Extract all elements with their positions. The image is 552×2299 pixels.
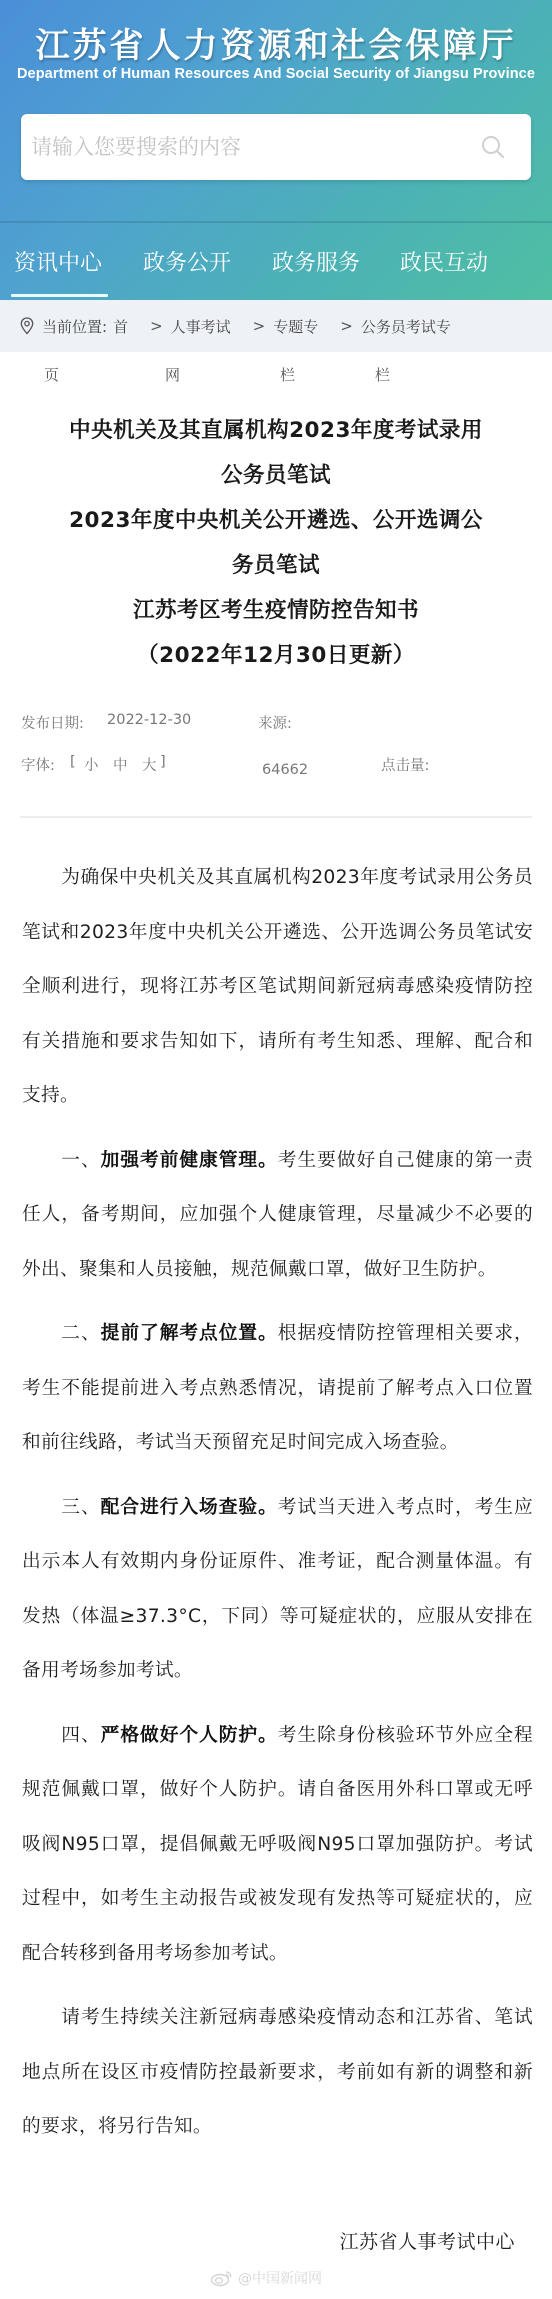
paragraph-text: 请考生持续关注新冠病毒感染疫情动态和江苏省、笔试地点所在设区市疫情防控最新要求，… <box>22 2007 533 2137</box>
title-line: 2023年度中央机关公开遴选、公开选调公 <box>28 498 524 543</box>
breadcrumb-separator: > <box>340 317 353 335</box>
paragraph-prefix: 三、 <box>61 1497 100 1518</box>
publish-date: 2022-12-30 <box>107 712 191 728</box>
publish-date-label: 发布日期: <box>21 712 84 733</box>
nav-item-label: 政务公开 <box>143 246 231 277</box>
paragraph-heading: 加强考前健康管理。 <box>101 1150 278 1171</box>
nav-item-label: 政民互动 <box>400 246 488 277</box>
meta-divider <box>20 816 532 818</box>
nav-item-government-services[interactable]: 政务服务 <box>272 223 360 300</box>
breadcrumb-item-topic[interactable]: 专题专 <box>273 316 318 337</box>
article-title: 中央机关及其直属机构2023年度考试录用 公务员笔试 2023年度中央机关公开遴… <box>0 402 552 678</box>
breadcrumb-separator: > <box>253 317 266 335</box>
article-meta: 发布日期: 2022-12-30 来源: 字体: [ 小 中 大 ] 64662… <box>0 702 552 807</box>
paragraph-text: 为确保中央机关及其直属机构2023年度考试录用公务员笔试和2023年度中央机关公… <box>22 867 533 1106</box>
nav-item-public-interaction[interactable]: 政民互动 <box>400 223 488 300</box>
search-icon[interactable] <box>475 129 511 165</box>
paragraph-prefix: 二、 <box>61 1323 100 1344</box>
breadcrumb-item-home[interactable]: 首 <box>113 316 128 337</box>
article-paragraph: 一、加强考前健康管理。考生要做好自己健康的第一责任人，备考期间，应加强个人健康管… <box>22 1134 533 1298</box>
site-title: 江苏省人力资源和社会保障厅 <box>0 18 552 67</box>
breadcrumb-label: 当前位置: <box>42 316 107 337</box>
paragraph-prefix: 四、 <box>61 1725 100 1746</box>
breadcrumb: 当前位置: 首 > 人事考试 > 专题专 > 公务员考试专 <box>0 300 552 352</box>
font-bracket-close: ] <box>160 754 166 770</box>
nav-item-news-center[interactable]: 资讯中心 <box>14 223 102 300</box>
site-subtitle: Department of Human Resources And Social… <box>0 66 552 82</box>
font-size-label: 字体: <box>21 754 55 775</box>
search-box <box>21 114 531 180</box>
article-paragraph: 三、配合进行入场查验。考试当天进入考点时，考生应出示本人有效期内身份证原件、准考… <box>22 1481 533 1699</box>
paragraph-text: 考试当天进入考点时，考生应出示本人有效期内身份证原件、准考证，配合测量体温。有发… <box>22 1497 533 1682</box>
nav-item-label: 政务服务 <box>272 246 360 277</box>
article-paragraph: 四、严格做好个人防护。考生除身份核验环节外应全程规范佩戴口罩，做好个人防护。请自… <box>22 1709 533 1982</box>
main-nav: 资讯中心 政务公开 政务服务 政民互动 <box>0 223 552 300</box>
paragraph-heading: 严格做好个人防护。 <box>101 1725 278 1746</box>
hit-count-label: 点击量: <box>381 754 429 775</box>
paragraph-heading: 提前了解考点位置。 <box>101 1323 278 1344</box>
breadcrumb-wrap-char[interactable]: 栏 <box>280 364 295 385</box>
site-header: 江苏省人力资源和社会保障厅 Department of Human Resour… <box>0 0 552 300</box>
title-line: 江苏考区考生疫情防控告知书 <box>28 588 524 633</box>
breadcrumb-item-civil-servant-exam[interactable]: 公务员考试专 <box>361 316 451 337</box>
breadcrumb-wrap-char[interactable]: 页 <box>44 364 59 385</box>
breadcrumb-separator: > <box>150 317 163 335</box>
title-line: 公务员笔试 <box>28 453 524 498</box>
location-pin-icon <box>20 316 36 336</box>
article-signature: 江苏省人事考试中心 <box>22 2227 533 2254</box>
article-paragraph: 二、提前了解考点位置。根据疫情防控管理相关要求，考生不能提前进入考点熟悉情况，请… <box>22 1307 533 1471</box>
breadcrumb-wrap-char[interactable]: 栏 <box>375 364 390 385</box>
title-line: （2022年12月30日更新） <box>28 633 524 678</box>
font-size-large-button[interactable]: 大 <box>142 754 157 775</box>
title-line: 中央机关及其直属机构2023年度考试录用 <box>28 408 524 453</box>
breadcrumb-item-personnel-exam[interactable]: 人事考试 <box>171 316 231 337</box>
article-paragraph: 为确保中央机关及其直属机构2023年度考试录用公务员笔试和2023年度中央机关公… <box>22 851 533 1124</box>
article-body: 为确保中央机关及其直属机构2023年度考试录用公务员笔试和2023年度中央机关公… <box>0 807 552 2254</box>
title-line: 务员笔试 <box>28 543 524 588</box>
nav-item-government-affairs-open[interactable]: 政务公开 <box>143 223 231 300</box>
paragraph-heading: 配合进行入场查验。 <box>101 1497 278 1518</box>
font-size-small-button[interactable]: 小 <box>84 754 99 775</box>
breadcrumb-wrap-char[interactable]: 网 <box>165 364 180 385</box>
paragraph-text: 考生除身份核验环节外应全程规范佩戴口罩，做好个人防护。请自备医用外科口罩或无呼吸… <box>22 1725 533 1964</box>
hit-count: 64662 <box>262 762 308 778</box>
article-paragraph: 请考生持续关注新冠病毒感染疫情动态和江苏省、笔试地点所在设区市疫情防控最新要求，… <box>22 1991 533 2155</box>
search-input[interactable] <box>21 114 475 180</box>
font-size-medium-button[interactable]: 中 <box>113 754 128 775</box>
breadcrumb-wrapped-text: 页 网 栏 栏 <box>0 352 552 402</box>
nav-item-label: 资讯中心 <box>14 246 102 277</box>
paragraph-prefix: 一、 <box>61 1150 100 1171</box>
source-label: 来源: <box>258 712 292 733</box>
font-bracket-open: [ <box>70 754 76 770</box>
